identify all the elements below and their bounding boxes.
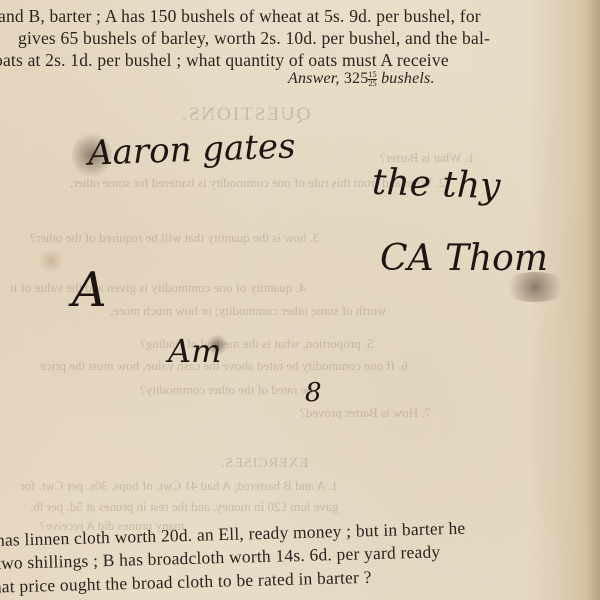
show-through-exercises-heading: EXERCISES. bbox=[220, 456, 308, 472]
answer-value: 325 bbox=[344, 70, 369, 87]
show-through-line: 3. how is the quantity that will be requ… bbox=[30, 230, 320, 246]
show-through-line: 4. quantity of one commodity is given an… bbox=[10, 280, 305, 296]
handwritten-name: Aaron gates bbox=[87, 126, 296, 173]
handwritten-numeral: 8 bbox=[305, 378, 322, 408]
show-through-line: 6. If one commodity be rated above the c… bbox=[40, 358, 408, 374]
show-through-line: gave him £20 in money, and the rest in p… bbox=[30, 499, 338, 515]
printed-line: oats at 2s. 1d. per bushel ; what quanti… bbox=[0, 50, 449, 71]
answer-line: Answer, 3251525 bushels. bbox=[288, 70, 435, 88]
page-gutter-shadow bbox=[586, 0, 600, 600]
answer-unit: bushels. bbox=[381, 70, 435, 87]
handwritten-letter: A bbox=[72, 262, 107, 318]
book-page: QUESTIONS. 1. What is Barter? 2. What an… bbox=[0, 0, 600, 600]
printed-line: gives 65 bushels of barley, worth 2s. 10… bbox=[18, 28, 490, 49]
printed-line: and B, barter ; A has 150 bushels of whe… bbox=[0, 6, 481, 27]
show-through-heading: QUESTIONS. bbox=[180, 104, 310, 126]
answer-label: Answer, bbox=[288, 70, 340, 87]
show-through-line: be rated of the other commodity? bbox=[140, 382, 313, 398]
handwritten-signature: CA Thom bbox=[380, 238, 548, 279]
show-through-line: 1. A and B bartered; A had 41 Cwt. of ho… bbox=[20, 478, 338, 494]
answer-fraction: 1525 bbox=[368, 71, 376, 88]
paper-stain bbox=[38, 248, 64, 274]
show-through-line: worth of some other commodity; or how mu… bbox=[110, 303, 386, 319]
fraction-denominator: 25 bbox=[368, 80, 376, 88]
handwritten-initials: Am bbox=[168, 332, 221, 370]
handwritten-phrase: the thy bbox=[371, 162, 501, 207]
